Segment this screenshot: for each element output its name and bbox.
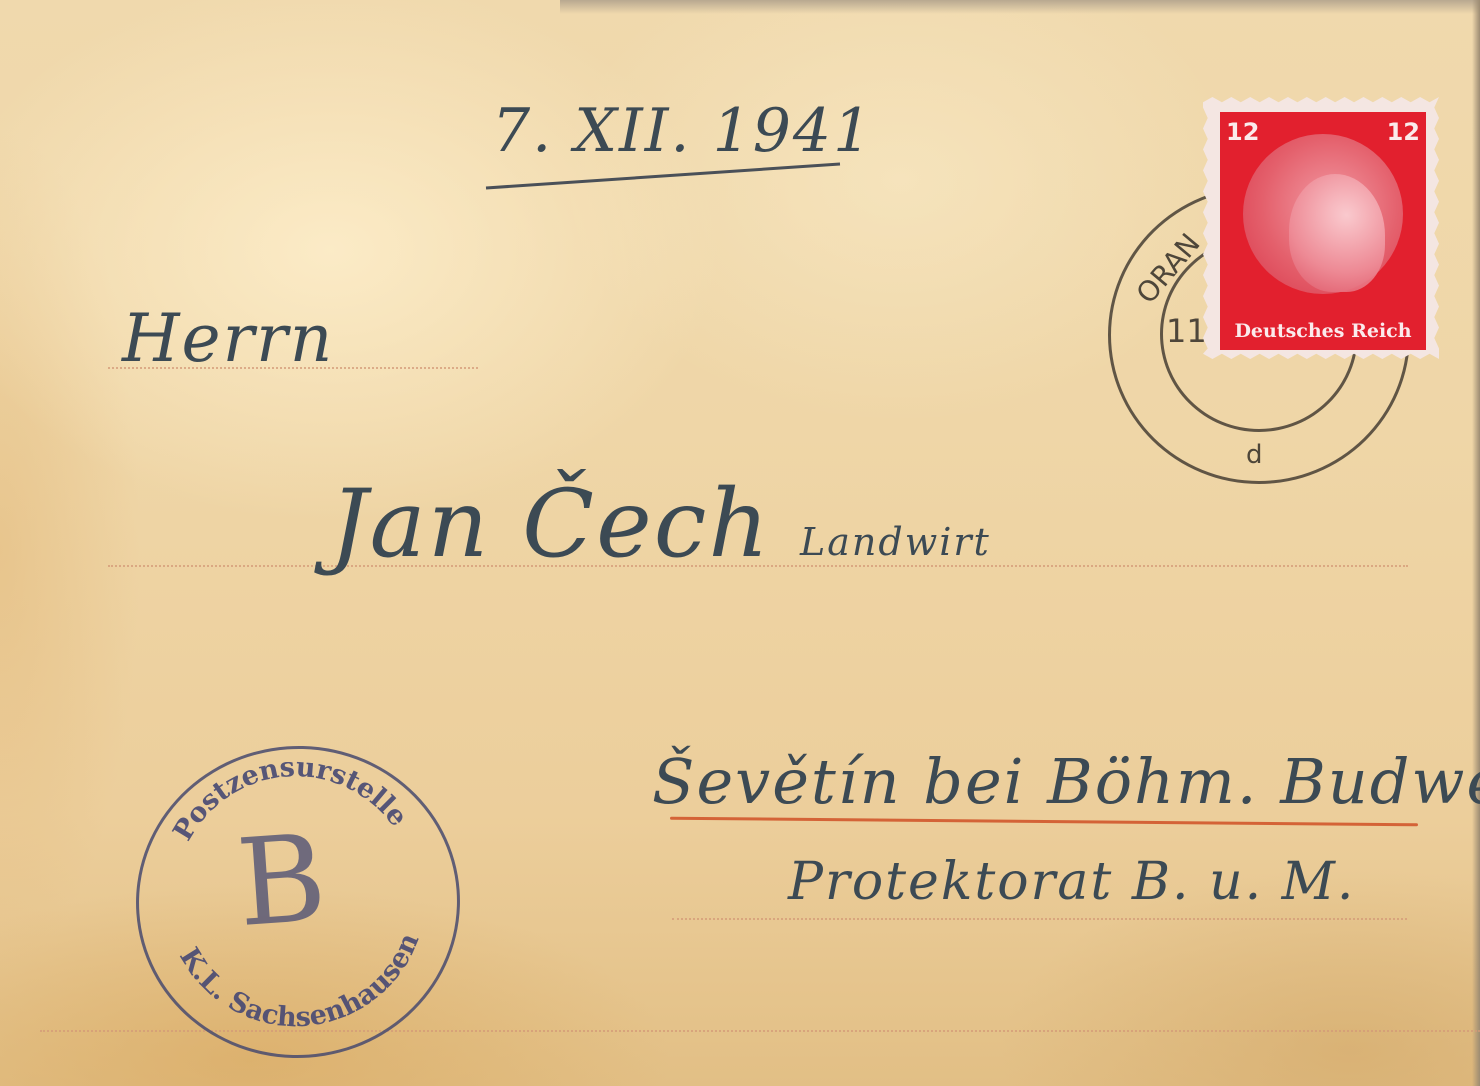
recipient-place-handwriting: Ševětín bei Böhm. Budweis <box>652 745 1480 818</box>
postmark-letter: d <box>1246 440 1263 470</box>
envelope-top-edge <box>560 0 1480 14</box>
censor-letter: B <box>233 809 331 954</box>
envelope: 7. XII. 1941 Herrn Jan Čech Landwirt Šev… <box>0 0 1480 1086</box>
stamp-country-text: Deutsches Reich <box>1220 320 1426 342</box>
postmark-date: 11 <box>1166 312 1207 350</box>
stamp-value-right: 12 <box>1387 118 1420 146</box>
postage-stamp: 12 12 Deutsches Reich <box>1203 97 1439 359</box>
recipient-region-handwriting: Protektorat B. u. M. <box>788 852 1355 912</box>
date-underline <box>480 150 850 200</box>
censor-stamp: Postzensurstelle K.L. Sachsenhausen B <box>126 735 471 1069</box>
red-underline <box>670 817 1418 827</box>
envelope-right-edge <box>1472 0 1480 1086</box>
recipient-occupation-handwriting: Landwirt <box>800 520 991 564</box>
portrait-medallion-icon <box>1243 134 1403 294</box>
stamp-face: 12 12 Deutsches Reich <box>1220 112 1426 350</box>
address-line-4 <box>672 918 1407 920</box>
recipient-name-handwriting: Jan Čech <box>330 470 771 579</box>
salutation-handwriting: Herrn <box>122 300 334 377</box>
portrait-head-icon <box>1289 174 1385 292</box>
stamp-value-left: 12 <box>1226 118 1259 146</box>
